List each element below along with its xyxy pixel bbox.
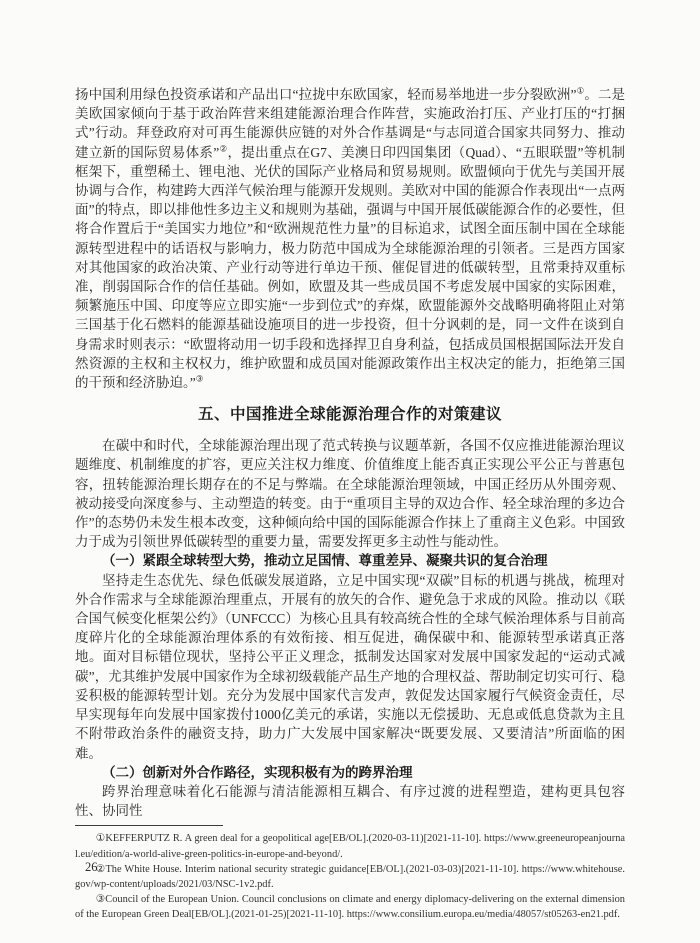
- text-column: 扬中国利用绿色投资承诺和产品出口“拉拢中东欧国家，轻而易举地进一步分裂欧洲”①。…: [75, 85, 625, 923]
- subsection-heading-2: （二）创新对外合作路径，实现积极有为的跨界治理: [75, 763, 625, 782]
- paragraph-continued: 扬中国利用绿色投资承诺和产品出口“拉拢中东欧国家，轻而易举地进一步分裂欧洲”①。…: [75, 85, 625, 392]
- footnote-ref: ②: [219, 143, 227, 153]
- paragraph-sub1: 坚持走生态优先、绿色低碳发展道路，立足中国实现“双碳”目标的机遇与挑战，梳理对外…: [75, 571, 625, 763]
- paragraph-intro: 在碳中和时代，全球能源治理出现了范式转换与议题革新，各国不仅应推进能源治理议题维…: [75, 436, 625, 551]
- section-heading: 五、中国推进全球能源治理合作的对策建议: [75, 404, 625, 426]
- footnote-2: ②The White House. Interim national secur…: [75, 862, 625, 892]
- paragraph-sub2: 跨界治理意味着化石能源与清洁能源相互耦合、有序过渡的进程塑造，建构更具包容性、协…: [75, 782, 625, 820]
- page-number: 26: [85, 859, 98, 875]
- footnote-ref: ①: [577, 86, 585, 96]
- footnote-block: ①KEFFERPUTZ R. A green deal for a geopol…: [75, 825, 625, 922]
- document-page: 扬中国利用绿色投资承诺和产品出口“拉拢中东欧国家，轻而易举地进一步分裂欧洲”①。…: [0, 0, 700, 943]
- footnote-3: ③Council of the European Union. Council …: [75, 892, 625, 922]
- subsection-heading-1: （一）紧跟全球转型大势，推动立足国情、尊重差异、凝聚共识的复合治理: [75, 551, 625, 570]
- footnote-1: ①KEFFERPUTZ R. A green deal for a geopol…: [75, 831, 625, 861]
- footnote-ref: ③: [196, 374, 204, 384]
- footnote-divider: [75, 825, 223, 826]
